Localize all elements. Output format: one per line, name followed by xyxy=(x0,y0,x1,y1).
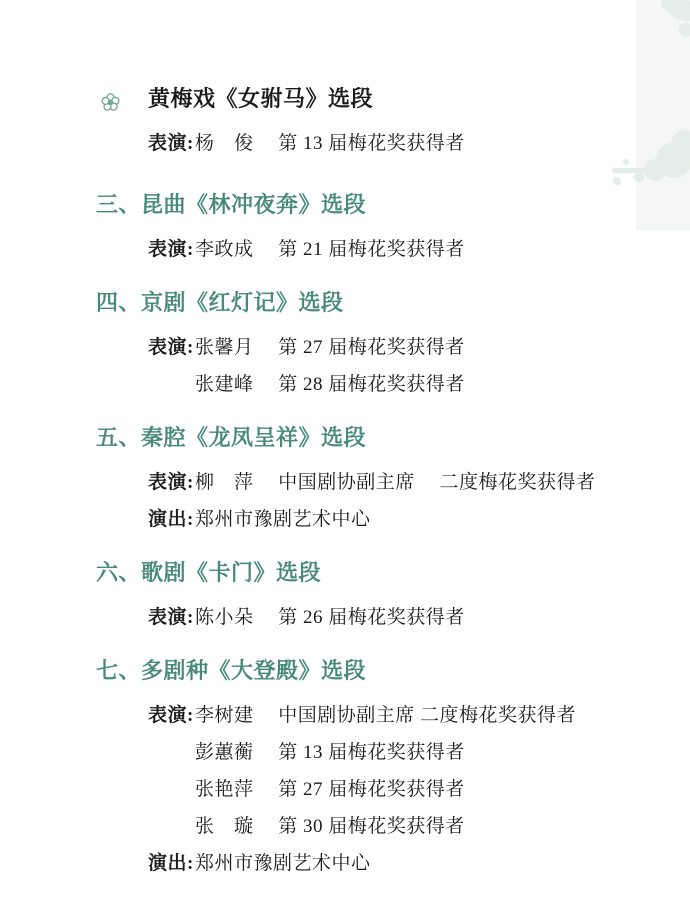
credit-text: 陈小朵 第 26 届梅花奖获得者 xyxy=(195,607,465,628)
credit-text: 彭蕙蘅 第 13 届梅花奖获得者 xyxy=(195,742,465,763)
program-list: 黄梅戏《女驸马》选段 表演:杨 俊 第 13 届梅花奖获得者 三、昆曲《林冲夜奔… xyxy=(96,80,650,898)
credit-text: 张馨月 第 27 届梅花奖获得者 xyxy=(195,337,465,358)
program-item-duojuzhong: 七、多剧种《大登殿》选段 表演:李树建 中国剧协副主席 二度梅花奖获得者 彭蕙蘅… xyxy=(96,652,650,882)
program-item-title: 五、秦腔《龙凤呈祥》选段 xyxy=(96,419,650,456)
credit-text: 郑州市豫剧艺术中心 xyxy=(195,853,371,874)
credit-text: 张 璇 第 30 届梅花奖获得者 xyxy=(195,816,465,837)
credit-label: 演出: xyxy=(148,501,195,538)
credit-line: 表演:张馨月 第 27 届梅花奖获得者 xyxy=(96,329,650,366)
program-item-kunqu: 三、昆曲《林冲夜奔》选段 表演:李政成 第 21 届梅花奖获得者 xyxy=(96,186,650,268)
credit-label: 表演: xyxy=(148,231,195,268)
credit-text: 张建峰 第 28 届梅花奖获得者 xyxy=(195,374,465,395)
credit-label: 表演: xyxy=(148,464,195,501)
program-item-title-row: 六、歌剧《卡门》选段 xyxy=(96,554,650,591)
credit-text: 杨 俊 第 13 届梅花奖获得者 xyxy=(195,133,465,154)
program-item-huangmei: 黄梅戏《女驸马》选段 表演:杨 俊 第 13 届梅花奖获得者 xyxy=(96,80,650,162)
program-item-title: 三、昆曲《林冲夜奔》选段 xyxy=(96,186,650,223)
credit-text: 李政成 第 21 届梅花奖获得者 xyxy=(195,239,465,260)
credit-line: 表演:李树建 中国剧协副主席 二度梅花奖获得者 xyxy=(96,697,650,734)
program-item-title-row: 三、昆曲《林冲夜奔》选段 xyxy=(96,186,650,223)
program-item-title: 四、京剧《红灯记》选段 xyxy=(96,284,650,321)
program-page: 黄梅戏《女驸马》选段 表演:杨 俊 第 13 届梅花奖获得者 三、昆曲《林冲夜奔… xyxy=(0,0,690,913)
credit-label: 表演: xyxy=(148,697,195,734)
program-item-geju: 六、歌剧《卡门》选段 表演:陈小朵 第 26 届梅花奖获得者 xyxy=(96,554,650,636)
program-item-title: 六、歌剧《卡门》选段 xyxy=(96,554,650,591)
credit-text: 郑州市豫剧艺术中心 xyxy=(195,509,371,530)
plum-blossom-icon xyxy=(101,89,120,108)
credit-line: 演出:郑州市豫剧艺术中心 xyxy=(96,501,650,538)
program-item-title-row: 黄梅戏《女驸马》选段 xyxy=(96,80,650,117)
credit-text: 李树建 中国剧协副主席 二度梅花奖获得者 xyxy=(195,705,576,726)
credit-line: 表演:柳 萍 中国剧协副主席 二度梅花奖获得者 xyxy=(96,464,650,501)
credit-line: 表演:李政成 第 21 届梅花奖获得者 xyxy=(96,231,650,268)
program-item-title-row: 五、秦腔《龙凤呈祥》选段 xyxy=(96,419,650,456)
credit-text: 张艳萍 第 27 届梅花奖获得者 xyxy=(195,779,465,800)
credit-text: 柳 萍 中国剧协副主席 二度梅花奖获得者 xyxy=(195,472,596,493)
credit-label: 表演: xyxy=(148,599,195,636)
credit-line: 表演:杨 俊 第 13 届梅花奖获得者 xyxy=(96,125,650,162)
program-item-title-row: 七、多剧种《大登殿》选段 xyxy=(96,652,650,689)
program-item-title: 七、多剧种《大登殿》选段 xyxy=(96,652,650,689)
credit-line: 张建峰 第 28 届梅花奖获得者 xyxy=(96,366,650,403)
credit-line: 彭蕙蘅 第 13 届梅花奖获得者 xyxy=(96,734,650,771)
credit-line: 张 璇 第 30 届梅花奖获得者 xyxy=(96,808,650,845)
credit-line: 演出:郑州市豫剧艺术中心 xyxy=(96,845,650,882)
credit-label: 演出: xyxy=(148,845,195,882)
program-item-title-row: 四、京剧《红灯记》选段 xyxy=(96,284,650,321)
program-item-title: 黄梅戏《女驸马》选段 xyxy=(148,80,650,117)
credit-label: 表演: xyxy=(148,329,195,366)
credit-label: 表演: xyxy=(148,125,195,162)
program-item-jingju: 四、京剧《红灯记》选段 表演:张馨月 第 27 届梅花奖获得者 张建峰 第 28… xyxy=(96,284,650,403)
credit-line: 表演:陈小朵 第 26 届梅花奖获得者 xyxy=(96,599,650,636)
credit-line: 张艳萍 第 27 届梅花奖获得者 xyxy=(96,771,650,808)
program-item-qinqiang: 五、秦腔《龙凤呈祥》选段 表演:柳 萍 中国剧协副主席 二度梅花奖获得者 演出:… xyxy=(96,419,650,538)
